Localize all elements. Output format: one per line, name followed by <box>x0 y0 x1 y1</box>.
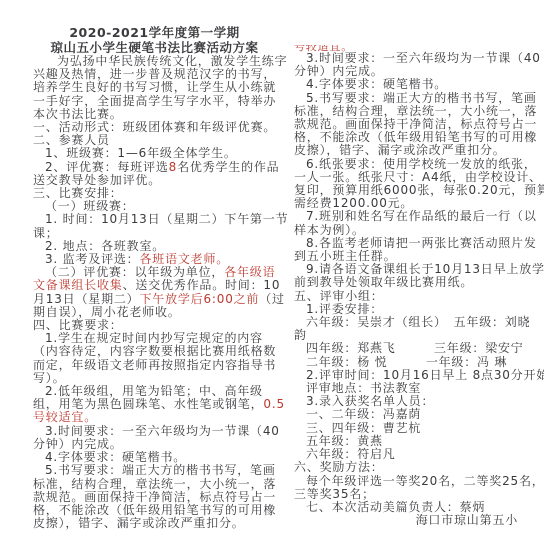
text-line: 皮擦），错字、漏字或涂改严重扣分。 <box>33 517 276 530</box>
text-line: 海口市琼山第五小 <box>294 514 534 527</box>
right-column-text: 3.时间要求：一至六年级均为一节课（40分钟）内完成。4.字体要求：硬笔楷书。5… <box>294 52 534 527</box>
text-line: 六年级：吴崇才（组长） 五年级：刘晓 <box>294 316 534 329</box>
text-line: 1. 时间：10月13日（星期二）下午第一节 <box>33 213 276 226</box>
left-column-text: 为弘扬中华民族传统文化，激发学生练字兴趣及热情，进一步普及规范汉字的书写，培养学… <box>33 55 276 530</box>
left-column: 2020-2021学年度第一学期 琼山五小学生硬笔书法比赛活动方案 为弘扬中华民… <box>33 25 276 530</box>
title-line-2: 琼山五小学生硬笔书法比赛活动方案 <box>33 40 276 55</box>
document-photo: 2020-2021学年度第一学期 琼山五小学生硬笔书法比赛活动方案 为弘扬中华民… <box>0 0 544 544</box>
text-line: 而定，年级语文老师再按照指定内容指导书 <box>33 359 276 372</box>
right-column: 号较适宜。 3.时间要求：一至六年级均为一节课（40分钟）内完成。4.字体要求：… <box>294 45 534 527</box>
title-line-1: 2020-2021学年度第一学期 <box>33 25 276 40</box>
